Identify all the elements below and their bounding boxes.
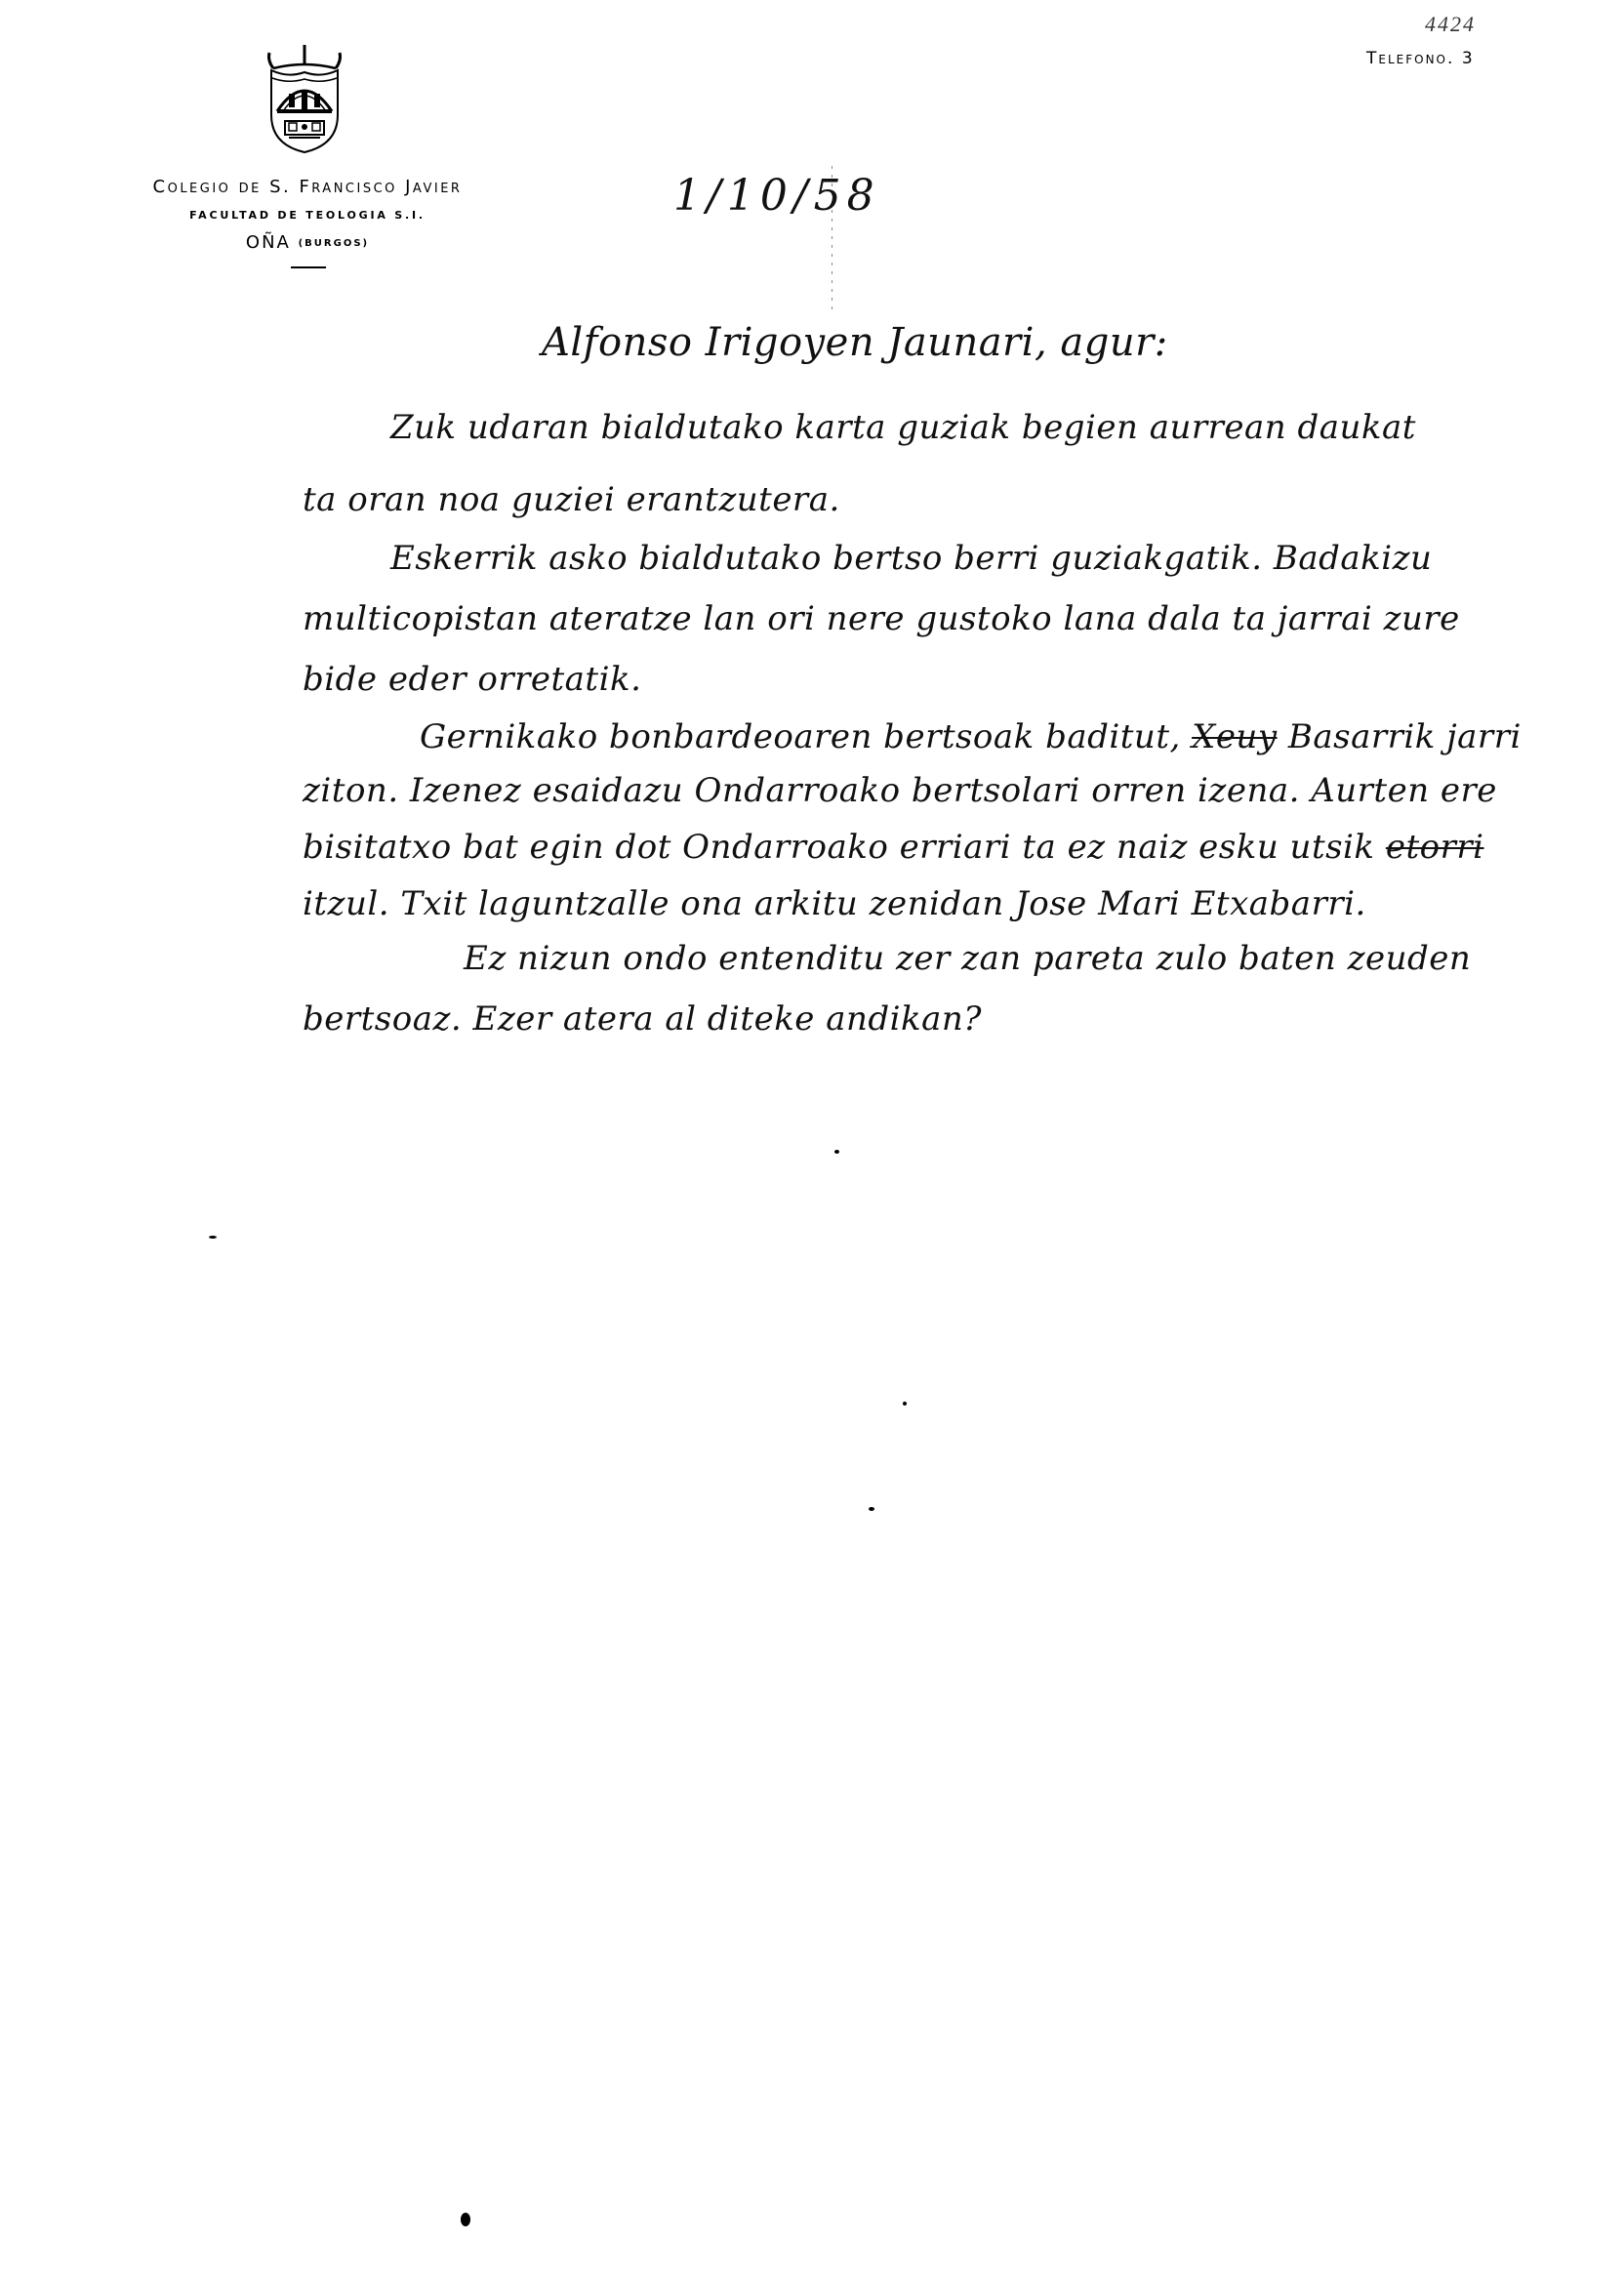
coat-of-arms-icon — [264, 43, 345, 154]
scan-speck — [834, 1150, 839, 1154]
letter-line: bide eder orretatik. — [303, 660, 641, 699]
line-text: Gernikako bonbardeoaren bertsoak baditut… — [420, 717, 1181, 756]
letter-line: Gernikako bonbardeoaren bertsoak baditut… — [420, 717, 1522, 756]
letter-line: Eskerrik asko bialdutako bertso berri gu… — [293, 539, 1432, 578]
letter-date: 1/10/58 — [673, 171, 880, 221]
letter-line: Ez nizun ondo entenditu zer zan pareta z… — [464, 939, 1471, 978]
letter-line: multicopistan ateratze lan ori nere gust… — [303, 599, 1460, 638]
organization-name: Colegio de S. Francisco Javier — [0, 177, 615, 197]
letter-line: ta oran noa guziei erantzutera. — [303, 480, 840, 519]
location-city: OÑA — [246, 232, 291, 253]
letterhead-rule — [291, 266, 326, 268]
salutation: Alfonso Irigoyen Jaunari, agur: — [542, 320, 1168, 365]
line-text: Basarrik jarri — [1288, 717, 1522, 756]
struck-word: Xeuy — [1192, 717, 1277, 756]
archive-number: 4424 — [1425, 12, 1476, 37]
location: OÑA (BURGOS) — [0, 232, 615, 253]
letter-line: ziton. Izenez esaidazu Ondarroako bertso… — [303, 771, 1497, 810]
telephone-number: 3 — [1462, 49, 1475, 68]
letter-line: itzul. Txit laguntzalle ona arkitu zenid… — [303, 884, 1366, 923]
letter-line: bisitatxo bat egin dot Ondarroako erriar… — [303, 828, 1484, 867]
scan-speck — [903, 1402, 907, 1406]
letter-line: Zuk udaran bialdutako karta guziak begie… — [293, 408, 1416, 447]
struck-word: etorri — [1386, 828, 1484, 867]
letter-page: Colegio de S. Francisco Javier FACULTAD … — [0, 0, 1624, 2282]
letter-line: bertsoaz. Ezer atera al diteke andikan? — [303, 999, 982, 1039]
scan-speck — [461, 2213, 470, 2226]
telephone-label: Telefono. — [1366, 49, 1454, 68]
faculty-name: FACULTAD DE TEOLOGIA S.I. — [0, 209, 615, 222]
telephone: Telefono. 3 — [1366, 49, 1475, 68]
scan-speck — [869, 1507, 874, 1511]
scan-speck — [209, 1236, 217, 1239]
line-text: bisitatxo bat egin dot Ondarroako erriar… — [303, 828, 1375, 867]
location-province: (BURGOS) — [299, 238, 370, 249]
